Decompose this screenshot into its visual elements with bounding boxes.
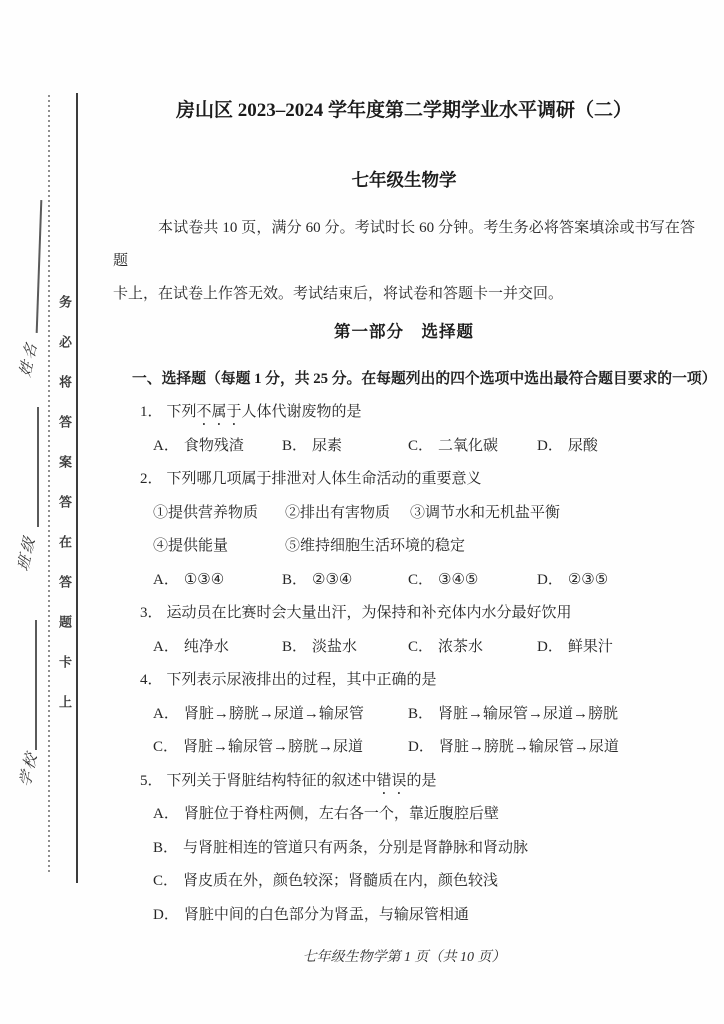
question-5-stem: 5．下列关于肾脏结构特征的叙述中错误的是: [113, 765, 695, 799]
name-field-label: 姓名: [14, 337, 41, 379]
option-3c: C．浓茶水: [408, 631, 537, 665]
option-4b-text: 肾脏→输尿管→尿道→膀胱: [438, 706, 618, 722]
option-2c-text: ③④⑤: [438, 572, 478, 588]
option-5a-row: A．肾脏位于脊柱两侧，左右各一个，靠近腹腔后壁: [113, 798, 695, 832]
option-3d-label: D．: [537, 639, 563, 655]
option-5c-text: 肾皮质在外，颜色较深；肾髓质在内，颜色较浅: [183, 873, 498, 889]
school-field-label: 学校: [14, 747, 41, 789]
option-4d-label: D．: [408, 739, 434, 755]
question-4: 4．下列表示尿液排出的过程，其中正确的是 A．肾脏→膀胱→尿道→输尿管 B．肾脏…: [113, 664, 695, 765]
question-5: 5．下列关于肾脏结构特征的叙述中错误的是 A．肾脏位于脊柱两侧，左右各一个，靠近…: [113, 765, 695, 933]
instructions-line-2: 卡上，在试卷上作答无效。考试结束后，将试卷和答题卡一并交回。: [113, 278, 695, 311]
option-5c-label: C．: [153, 873, 178, 889]
question-2-stem-text: 下列哪几项属于排泄对人体生命活动的重要意义: [167, 471, 482, 487]
option-3a: A．纯净水: [153, 631, 282, 665]
class-field-label: 班级: [12, 531, 39, 573]
option-5a-text: 肾脏位于脊柱两侧，左右各一个，靠近腹腔后壁: [184, 806, 499, 822]
option-5b-label: B．: [153, 840, 178, 856]
option-2d-label: D．: [537, 572, 563, 588]
binding-solid-line: [76, 93, 78, 883]
option-5d: D．肾脏中间的白色部分为肾盂，与输尿管相通: [153, 899, 695, 933]
subject-title: 七年级生物学: [113, 168, 695, 192]
question-5-stem-text-2: 的是: [407, 773, 437, 789]
option-4b: B．肾脏→输尿管→尿道→膀胱: [408, 698, 695, 732]
question-3: 3．运动员在比赛时会大量出汗，为保持和补充体内水分最好饮用 A．纯净水 B．淡盐…: [113, 597, 695, 664]
question-1-number: 1．: [140, 404, 163, 420]
option-4a-label: A．: [153, 706, 179, 722]
question-2-options: A．①③④ B．②③④ C．③④⑤ D．②③⑤: [113, 564, 695, 598]
option-4c-text: 肾脏→输尿管→膀胱→尿道: [183, 739, 363, 755]
question-2-items-row-2: ④提供能量 ⑤维持细胞生活环境的稳定: [113, 530, 695, 564]
page-footer: 七年级生物学第 1 页（共 10 页）: [113, 946, 695, 970]
question-4-options-row-2: C．肾脏→输尿管→膀胱→尿道 D．肾脏→膀胱→输尿管→尿道: [113, 731, 695, 765]
question-4-stem-text: 下列表示尿液排出的过程，其中正确的是: [167, 672, 437, 688]
option-4a-text: 肾脏→膀胱→尿道→输尿管: [184, 706, 364, 722]
option-5d-row: D．肾脏中间的白色部分为肾盂，与输尿管相通: [113, 899, 695, 933]
option-3d-text: 鲜果汁: [568, 639, 613, 655]
question-3-stem-text: 运动员在比赛时会大量出汗，为保持和补充体内水分最好饮用: [167, 605, 572, 621]
question-1: 1．下列不属于人体代谢废物的是 A．食物残渣 B．尿素 C．二氧化碳 D．尿酸: [113, 396, 695, 463]
option-4d-text: 肾脏→膀胱→输尿管→尿道: [439, 739, 619, 755]
option-1b-label: B．: [282, 438, 307, 454]
question-4-stem: 4．下列表示尿液排出的过程，其中正确的是: [113, 664, 695, 698]
question-3-number: 3．: [140, 605, 163, 621]
option-1d-text: 尿酸: [568, 438, 598, 454]
question-2-item-3: ③调节水和无机盐平衡: [410, 497, 695, 531]
option-5b-text: 与肾脏相连的管道只有两条，分别是肾静脉和肾动脉: [183, 840, 528, 856]
question-2-stem: 2．下列哪几项属于排泄对人体生命活动的重要意义: [113, 463, 695, 497]
question-5-emphasis: 错误: [377, 773, 407, 789]
option-2b-label: B．: [282, 572, 307, 588]
binding-dotted-line: [48, 95, 50, 873]
instructions-line-1: 本试卷共 10 页，满分 60 分。考试时长 60 分钟。考生务必将答案填涂或书…: [113, 212, 695, 278]
question-1-stem: 1．下列不属于人体代谢废物的是: [113, 396, 695, 430]
question-5-stem-text: 下列关于肾脏结构特征的叙述中: [167, 773, 377, 789]
option-4d: D．肾脏→膀胱→输尿管→尿道: [408, 731, 695, 765]
question-2-number: 2．: [140, 471, 163, 487]
option-3c-text: 浓茶水: [438, 639, 483, 655]
option-3b-text: 淡盐水: [312, 639, 357, 655]
school-blank-line: [35, 620, 37, 750]
option-1c: C．二氧化碳: [408, 430, 537, 464]
option-5a-label: A．: [153, 806, 179, 822]
exam-content: 房山区 2023–2024 学年度第二学期学业水平调研（二） 七年级生物学 本试…: [113, 98, 695, 970]
option-2a: A．①③④: [153, 564, 282, 598]
option-3d: D．鲜果汁: [537, 631, 695, 665]
option-1b-text: 尿素: [312, 438, 342, 454]
question-1-stem-text-2: 人体代谢废物的是: [242, 404, 362, 420]
option-1b: B．尿素: [282, 430, 408, 464]
question-1-emphasis: 不属于: [197, 404, 242, 420]
option-1d-label: D．: [537, 438, 563, 454]
option-5b-row: B．与肾脏相连的管道只有两条，分别是肾静脉和肾动脉: [113, 832, 695, 866]
option-5d-label: D．: [153, 907, 179, 923]
option-1d: D．尿酸: [537, 430, 695, 464]
question-2-item-1: ①提供营养物质: [153, 497, 285, 531]
question-2-item-5: ⑤维持细胞生活环境的稳定: [285, 530, 410, 564]
question-2-item-2: ②排出有害物质: [285, 497, 410, 531]
exam-page: 务必将答案答在答题卡上 姓名 班级 学校 房山区 2023–2024 学年度第二…: [0, 0, 724, 1024]
option-5c: C．肾皮质在外，颜色较深；肾髓质在内，颜色较浅: [153, 865, 695, 899]
option-5c-row: C．肾皮质在外，颜色较深；肾髓质在内，颜色较浅: [113, 865, 695, 899]
option-3a-label: A．: [153, 639, 179, 655]
option-2c: C．③④⑤: [408, 564, 537, 598]
option-4b-label: B．: [408, 706, 433, 722]
question-2-item-4: ④提供能量: [153, 530, 285, 564]
option-3b-label: B．: [282, 639, 307, 655]
question-2: 2．下列哪几项属于排泄对人体生命活动的重要意义 ①提供营养物质 ②排出有害物质 …: [113, 463, 695, 597]
option-1c-label: C．: [408, 438, 433, 454]
question-1-options: A．食物残渣 B．尿素 C．二氧化碳 D．尿酸: [113, 430, 695, 464]
option-2b-text: ②③④: [312, 572, 352, 588]
option-1c-text: 二氧化碳: [438, 438, 498, 454]
option-1a-label: A．: [153, 438, 179, 454]
binding-notice-vertical-text: 务必将答案答在答题卡上: [55, 295, 74, 735]
option-2d-text: ②③⑤: [568, 572, 608, 588]
name-blank-line: [36, 200, 42, 333]
option-1a-text: 食物残渣: [184, 438, 244, 454]
question-3-options: A．纯净水 B．淡盐水 C．浓茶水 D．鲜果汁: [113, 631, 695, 665]
option-4c: C．肾脏→输尿管→膀胱→尿道: [153, 731, 408, 765]
option-4c-label: C．: [153, 739, 178, 755]
option-3a-text: 纯净水: [184, 639, 229, 655]
option-2c-label: C．: [408, 572, 433, 588]
question-4-number: 4．: [140, 672, 163, 688]
option-5a: A．肾脏位于脊柱两侧，左右各一个，靠近腹腔后壁: [153, 798, 695, 832]
exam-instructions: 本试卷共 10 页，满分 60 分。考试时长 60 分钟。考生务必将答案填涂或书…: [113, 212, 695, 311]
section-heading: 第一部分 选择题: [113, 318, 695, 346]
question-2-items-row-1: ①提供营养物质 ②排出有害物质 ③调节水和无机盐平衡: [113, 497, 695, 531]
option-2a-text: ①③④: [184, 572, 224, 588]
option-3b: B．淡盐水: [282, 631, 408, 665]
option-1a: A．食物残渣: [153, 430, 282, 464]
page-title: 房山区 2023–2024 学年度第二学期学业水平调研（二）: [113, 98, 695, 124]
option-3c-label: C．: [408, 639, 433, 655]
option-5b: B．与肾脏相连的管道只有两条，分别是肾静脉和肾动脉: [153, 832, 695, 866]
option-2a-label: A．: [153, 572, 179, 588]
option-4a: A．肾脏→膀胱→尿道→输尿管: [153, 698, 408, 732]
part-one-intro: 一、选择题（每题 1 分，共 25 分。在每题列出的四个选项中选出最符合题目要求…: [113, 362, 695, 396]
question-1-stem-text: 下列: [167, 404, 197, 420]
question-5-number: 5．: [140, 773, 163, 789]
option-2b: B．②③④: [282, 564, 408, 598]
option-5d-text: 肾脏中间的白色部分为肾盂，与输尿管相通: [184, 907, 469, 923]
class-blank-line: [37, 407, 39, 527]
question-3-stem: 3．运动员在比赛时会大量出汗，为保持和补充体内水分最好饮用: [113, 597, 695, 631]
question-4-options-row-1: A．肾脏→膀胱→尿道→输尿管 B．肾脏→输尿管→尿道→膀胱: [113, 698, 695, 732]
option-2d: D．②③⑤: [537, 564, 695, 598]
